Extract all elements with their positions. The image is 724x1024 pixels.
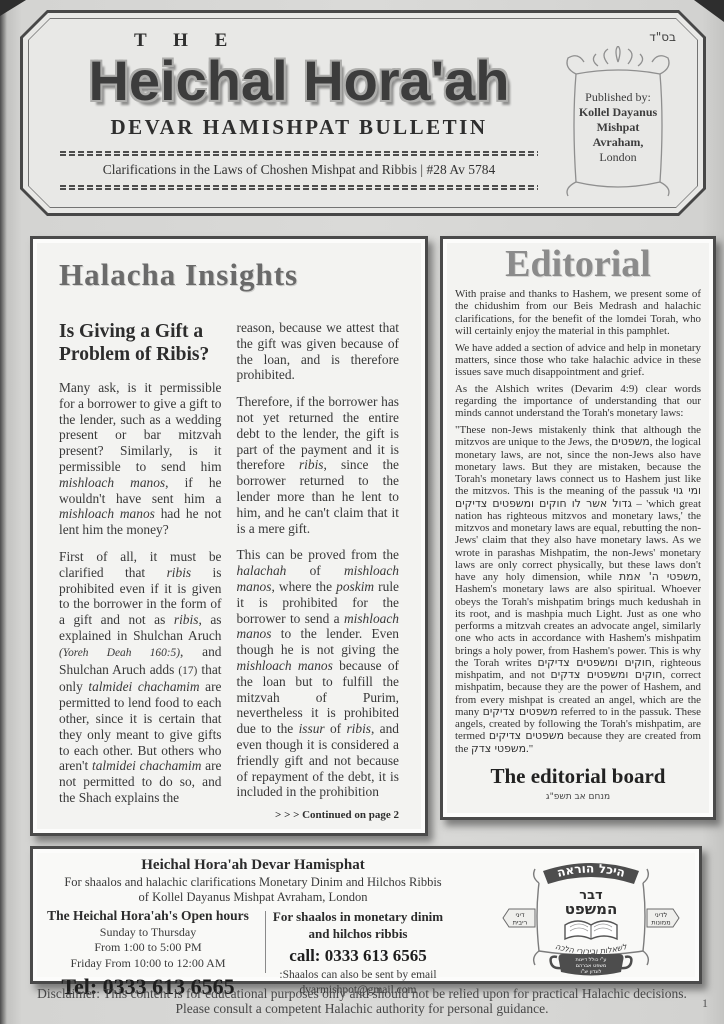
text-segment: talmidei chachamim [88,679,199,694]
logo-center-line-2: המשפט [565,900,618,918]
text-segment: As the Alshich writes (Devarim 4:9) clea… [455,383,701,420]
logo-right-label: לדיני ממונות [647,909,679,927]
shaalos-heading-1: For shaalos in monetary dinim [255,909,461,926]
text-segment: (17) [178,665,197,677]
paragraph: First of all, it must be clarified that … [59,549,222,806]
text-segment: issur [299,721,325,736]
logo-right-label-2: ממונות [651,919,670,927]
text-segment: mishloach manos [59,475,165,490]
masthead: בס"ד T H E Heichal Hora'ah DEVAR HAMISHP… [20,10,706,216]
publisher-frame: Published by: Kollel Dayanus Mishpat Avr… [556,46,680,198]
editorial-body: With praise and thanks to Hashem, we pre… [455,288,701,755]
halacha-heading: Halacha Insights [59,257,399,293]
editorial-heading: Editorial [455,245,701,283]
text-segment: poskim [336,579,374,594]
text-segment: חוקים ומשפטים צדיקים [537,656,651,669]
open-book-icon [565,921,617,939]
text-segment: We have added a section of advice and he… [455,342,701,379]
contact-line-1: For shaalos and halachic clarifications … [33,875,473,891]
open-hours-days: Sunday to Thursday [41,925,255,941]
logo-left-label-2: ריבית [513,919,528,927]
shaalos-block: For shaalos in monetary dinim and hilcho… [255,909,461,998]
logo-badge-line-3: לונדון יצ"ו [581,969,602,975]
paragraph: reason, because we attest that the gift … [237,320,400,383]
text-segment: חוקים ומשפטים צדקים [551,668,663,681]
text-segment: talmidei chachamim [92,758,201,773]
halacha-insights-panel: Halacha Insights Is Giving a Gift a Prob… [30,236,428,836]
bulletin-page: { "colors": {"paper":"#e8e8e6","panel":"… [0,0,724,1024]
contact-title: Heichal Hora'ah Devar Hamisphat [33,856,473,875]
dashed-rule-bottom [60,185,538,190]
text-segment: ." [526,743,533,755]
masthead-tagline: Clarifications in the Laws of Choshen Mi… [56,162,542,178]
text-segment: , Hashem's monetary laws are also spirit… [455,571,701,669]
text-segment: of [286,563,344,578]
editorial-content: Editorial With praise and thanks to Hash… [455,245,701,811]
logo-left-label: דיני ריבית [503,909,535,927]
text-segment: משפטים צדיקים [483,705,558,718]
continued-note: > > > Continued on page 2 [237,809,400,821]
contact-line-2: of Kollel Dayanus Mishpat Avraham, Londo… [33,890,473,906]
text-segment: ribis [167,565,192,580]
editorial-panel: Editorial With praise and thanks to Hash… [440,236,716,820]
dashed-rule-top [60,151,538,156]
kollel-logo: היכל הוראה דבר המשפט דיני ריבית [491,851,691,979]
open-hours-time-2: Friday From 10:00 to 12:00 AM [41,956,255,972]
publisher-name-2: Mishpat [570,120,666,135]
text-segment: משפטים [611,435,650,448]
halacha-column-1: Is Giving a Gift a Problem of Ribis? Man… [59,320,222,821]
publisher-name-3: Avraham, [570,135,666,150]
contact-heading-block: Heichal Hora'ah Devar Hamisphat For shaa… [33,856,473,906]
bulletin-title: Heichal Hora'ah [56,52,542,110]
text-segment: משפטי צדק [471,742,526,755]
text-segment: (Yoreh Deah 160:5) [59,647,180,659]
editorial-signoff: The editorial board [455,764,701,789]
text-segment: ribis [346,721,371,736]
scan-edge-shadow [0,0,7,1024]
text-segment: This can be proved from the [237,547,400,562]
logo-top-banner-text: היכל הוראה [556,861,627,879]
call-number: call: 0333 613 6565 [255,945,461,967]
paragraph: This can be proved from the halachah of … [237,547,400,800]
disclaimer-line-1: Disclaimer: This content is for educatio… [0,987,724,1002]
published-by-label: Published by: [570,90,666,105]
text-segment: reason, because we attest that the gift … [237,320,400,382]
paragraph: "These non-Jews mistakenly think that al… [455,424,701,755]
contact-panel: Heichal Hora'ah Devar Hamisphat For shaa… [30,846,702,984]
text-segment: ribis [174,612,199,627]
disclaimer-line-2: Please consult a competent Halachic auth… [0,1002,724,1017]
page-number: 1 [702,996,708,1011]
text-segment: Many ask, is it permissible for a borrow… [59,380,222,474]
paragraph: We have added a section of advice and he… [455,342,701,379]
halacha-column-2: reason, because we attest that the gift … [237,320,400,821]
email-note: :Shaalos can also be sent by email [255,968,461,983]
editorial-hebrew-date: מנחם אב תשפ"ג [455,792,701,802]
text-segment: halachah [237,563,287,578]
text-segment: משפטים צדיקים [489,729,564,742]
besiyata-dalet: בס"ד [649,30,676,44]
paragraph: Therefore, if the borrower has not yet r… [237,394,400,536]
text-segment: mishloach manos [237,658,333,673]
kollel-emblem-icon: היכל הוראה דבר המשפט דיני ריבית [491,851,691,979]
publisher-name-1: Kollel Dayanus [570,105,666,120]
masthead-title-block: T H E Heichal Hora'ah DEVAR HAMISHPAT BU… [56,30,542,190]
article-column-2-body: reason, because we attest that the gift … [237,320,400,800]
article-column-1-body: Many ask, is it permissible for a borrow… [59,380,222,806]
disclaimer: Disclaimer: This content is for educatio… [0,987,724,1017]
text-segment: With praise and thanks to Hashem, we pre… [455,288,701,337]
open-hours-time-1: From 1:00 to 5:00 PM [41,940,255,956]
article-title: Is Giving a Gift a Problem of Ribis? [59,320,222,366]
text-segment: mishloach manos [59,506,155,521]
halacha-columns: Is Giving a Gift a Problem of Ribis? Man… [59,320,399,821]
halacha-content: Halacha Insights Is Giving a Gift a Prob… [59,257,399,815]
publisher-text: Published by: Kollel Dayanus Mishpat Avr… [570,90,666,165]
text-segment: ribis [299,457,324,472]
bulletin-subtitle: DEVAR HAMISHPAT BULLETIN [56,115,542,140]
logo-bottom-badge: ע"י כולל דיינות משפט אברהם לונדון יצ"ו [551,954,632,976]
paragraph: Many ask, is it permissible for a borrow… [59,380,222,538]
open-hours-heading: The Heichal Hora'ah's Open hours [41,907,255,925]
publisher-city: London [570,150,666,165]
shaalos-heading-2: and hilchos ribbis [255,926,461,943]
text-segment: , where the [271,579,336,594]
paragraph: As the Alshich writes (Devarim 4:9) clea… [455,383,701,420]
text-segment: of [325,721,347,736]
paragraph: With praise and thanks to Hashem, we pre… [455,288,701,337]
text-segment: משפטי ה' אמת [619,570,698,583]
svg-text:היכל הוראה: היכל הוראה [556,861,627,879]
